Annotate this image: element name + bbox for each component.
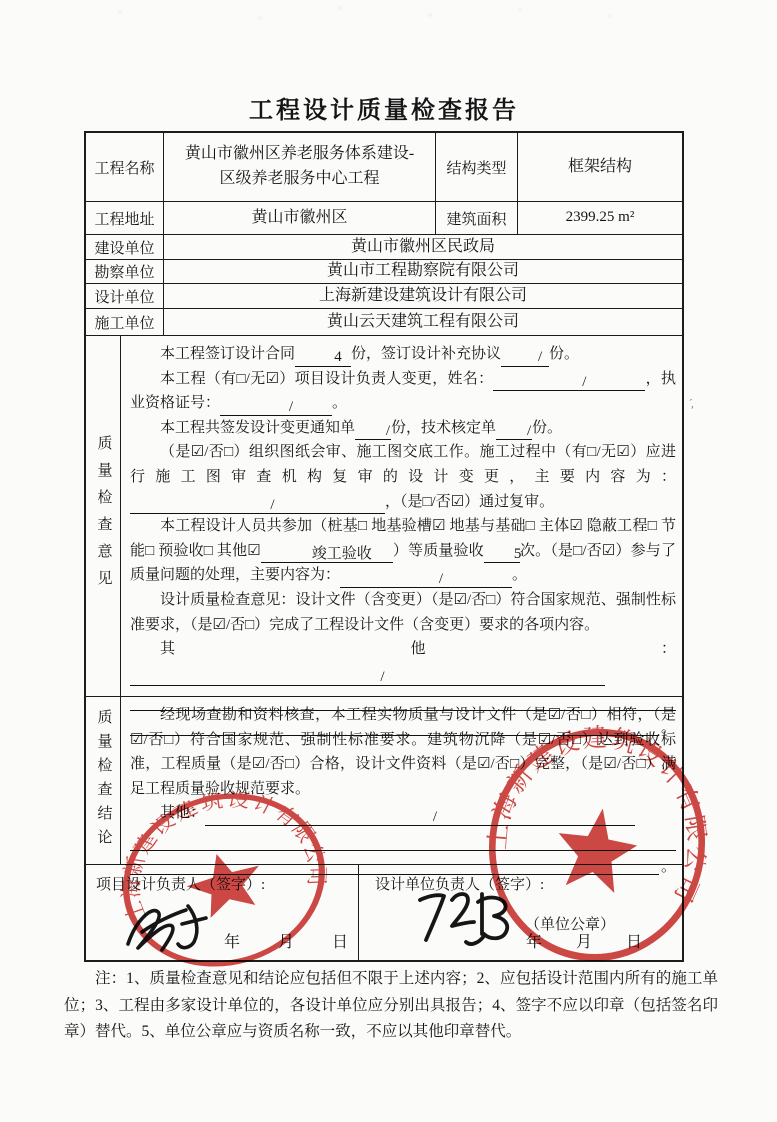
design-unit-label: 设计单位 [86,284,164,308]
project-name-label: 工程名称 [86,133,164,201]
structure-type-label: 结构类型 [436,133,518,201]
row-project-name: 工程名称 黄山市徽州区养老服务体系建设-区级养老服务中心工程 结构类型 框架结构 [86,133,682,202]
design-unit-value: 上海新建设建筑设计有限公司 [164,284,682,308]
survey-unit-value: 黄山市工程勘察院有限公司 [164,260,682,283]
opinion-paragraph-acceptance: 本工程设计人员共参加（桩基□ 地基验槽☑ 地基与基础□ 主体☑ 隐蔽工程□ 节能… [130,514,676,588]
company-seal-right: 上海新建设建筑设计有限公司 [465,706,729,985]
address-label: 工程地址 [86,202,164,234]
row-construction-unit: 建设单位 黄山市徽州区民政局 [86,235,682,260]
builder-unit-label: 施工单位 [86,309,164,335]
seal-star [180,844,269,922]
address-value: 黄山市徽州区 [164,202,436,234]
supplement-count-blank: / [501,348,549,366]
project-name-value: 黄山市徽州区养老服务体系建设-区级养老服务中心工程 [164,133,436,201]
construction-unit-label: 建设单位 [86,235,164,259]
leader-name-blank: / [493,373,645,391]
issue-content-blank: / [340,570,512,588]
footer-note: 注：1、质量检查意见和结论应包括但不限于上述内容；2、应包括设计范围内所有的施工… [64,966,718,1046]
opinion-vertical-label: 质量检查意见 [86,336,121,696]
row-survey-unit: 勘察单位 黄山市工程勘察院有限公司 [86,260,682,284]
area-label: 建筑面积 [436,202,518,234]
survey-unit-label: 勘察单位 [86,260,164,283]
row-address: 工程地址 黄山市徽州区 建筑面积 2399.25 m² [86,202,682,235]
row-inspection-opinion: 质量检查意见 本工程签订设计合同4份，签订设计补充协议/份。 本工程（有□/无☑… [86,336,682,697]
row-builder-unit: 施工单位 黄山云天建筑工程有限公司 [86,309,682,336]
opinion-paragraph-conclusion: 设计质量检查意见：设计文件（含变更）（是☑/否□）符合国家规范、强制性标准要求，… [130,588,676,637]
seal-star [551,802,642,895]
cert-number-blank: / [220,398,332,416]
row-design-unit: 设计单位 上海新建设建筑设计有限公司 [86,284,682,309]
construction-unit-value: 黄山市徽州区民政局 [164,235,682,259]
report-title: 工程设计质量检查报告 [84,90,684,125]
acceptance-times-blank: 5 [484,545,520,563]
scan-artifact-mark: ˊ, [687,397,696,410]
structure-type-value: 框架结构 [518,133,682,201]
builder-unit-value: 黄山云天建筑工程有限公司 [164,309,682,335]
tech-approval-count-blank: / [496,422,532,440]
opinion-other-blank: / [130,668,605,686]
opinion-paragraph-leader-change: 本工程（有□/无☑）项目设计负责人变更，姓名：/，执业资格证号：/。 [130,367,676,416]
review-content-blank: / [130,496,385,514]
opinion-paragraph-other: 其他：/ [130,637,676,686]
opinion-paragraph-contract: 本工程签订设计合同4份，签订设计补充协议/份。 [130,342,676,367]
scanner-noise [0,0,777,46]
other-acceptance-blank: 竣工验收 [261,545,393,563]
opinion-paragraph-review: （是☑/否□）组织图纸会审、施工图交底工作。施工过程中（有□/无☑）应进行施工图… [130,440,676,514]
scanned-report-page: 工程设计质量检查报告 工程名称 黄山市徽州区养老服务体系建设-区级养老服务中心工… [0,0,777,1122]
opinion-label-text: 质量检查意见 [86,435,121,597]
contract-count-blank: 4 [295,348,351,366]
opinion-paragraph-change-notices: 本工程共签发设计变更通知单/份，技术核定单/份。 [130,416,676,441]
area-value: 2399.25 m² [518,202,682,234]
change-notice-count-blank: / [355,422,391,440]
opinion-content: 本工程签订设计合同4份，签订设计补充协议/份。 本工程（有□/无☑）项目设计负责… [121,336,682,696]
